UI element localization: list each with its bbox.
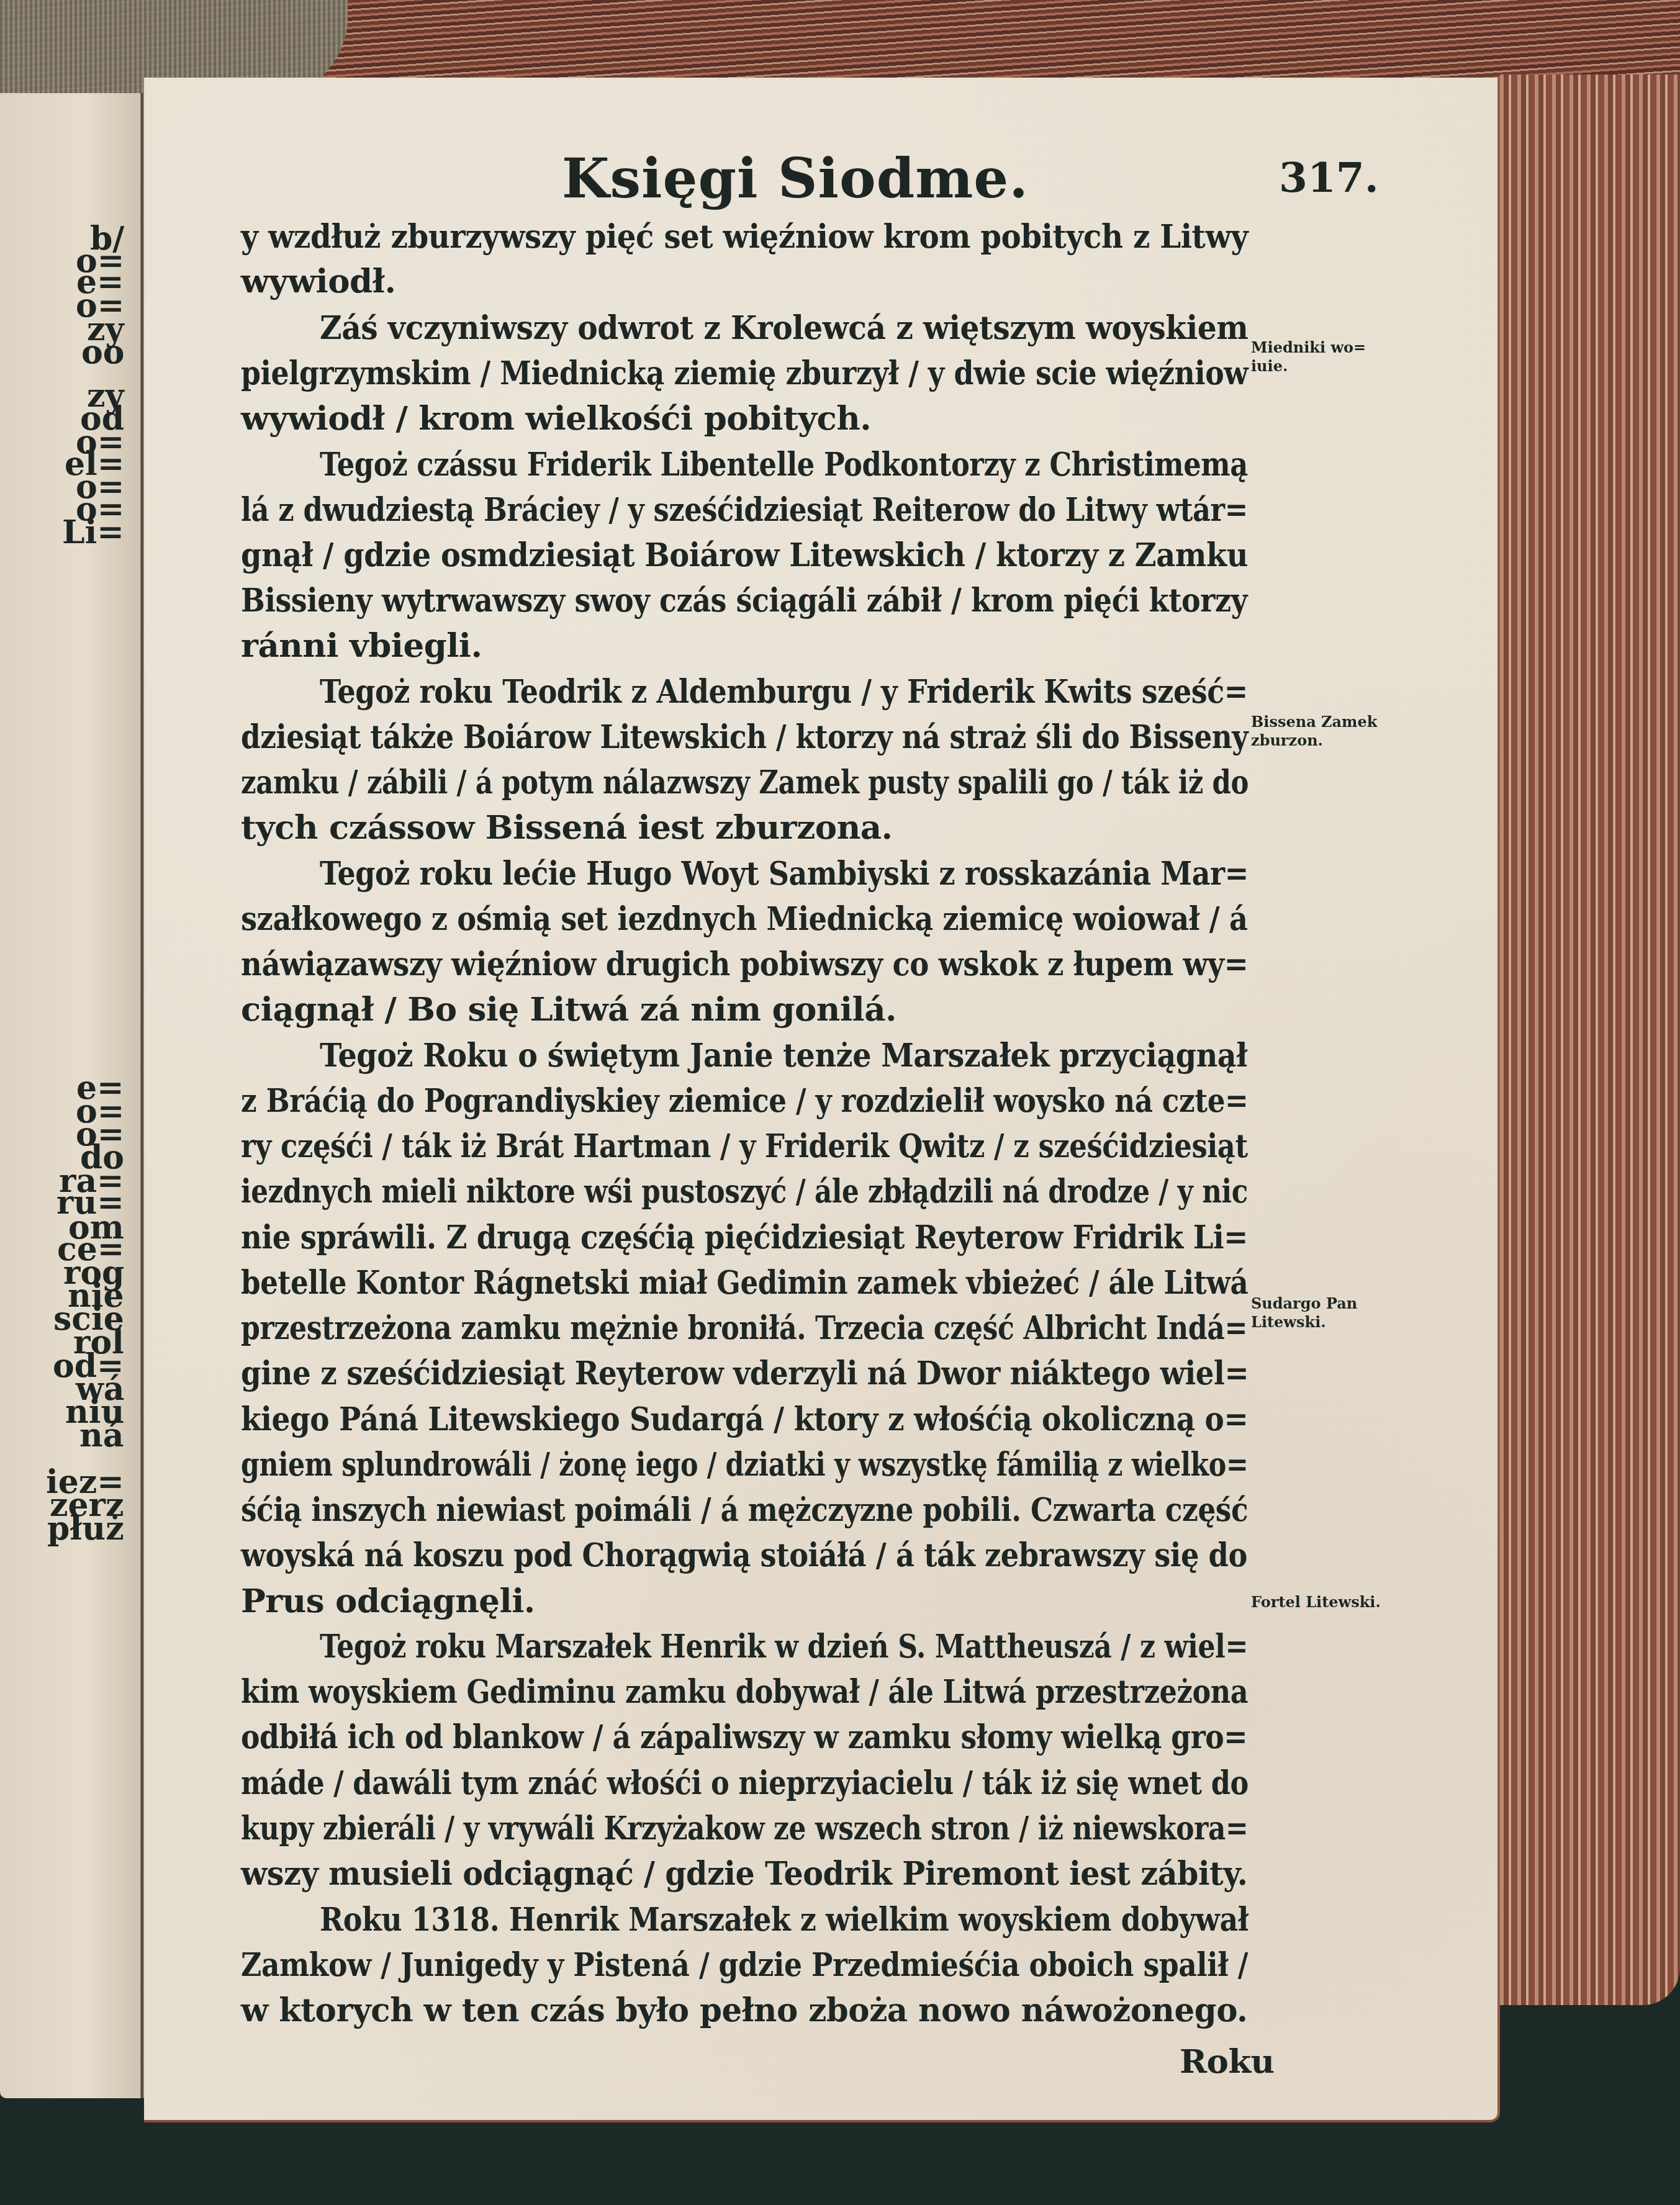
text-line: wywiodł. xyxy=(241,262,395,300)
left-page-fragment: oo xyxy=(81,333,124,371)
margin-note-line: Sudargo Pan xyxy=(1251,1294,1357,1313)
text-line: betelle Kontor Rágnetski miał Gedimin za… xyxy=(241,1263,1248,1302)
text-line: Tegoż roku Teodrik z Aldemburgu / y Frid… xyxy=(320,672,1248,711)
text-line: śćią inszych niewiast poimáli / á mężczy… xyxy=(241,1490,1248,1529)
text-line: Tegoż czássu Friderik Libentelle Podkont… xyxy=(320,445,1248,484)
text-line: Bissieny wytrwawszy swoy czás ściągáli z… xyxy=(241,581,1247,620)
margin-note-line: iuie. xyxy=(1251,357,1366,376)
text-line: kupy zbieráli / y vrywáli Krzyżakow ze w… xyxy=(241,1809,1248,1847)
text-line: ry częśći / ták iż Brát Hartman / y Frid… xyxy=(241,1127,1248,1165)
text-line: wszy musieli odciągnąć / gdzie Teodrik P… xyxy=(241,1854,1247,1893)
margin-note: Bissena Zamek zburzon. xyxy=(1251,713,1377,750)
text-line: przestrzeżona zamku mężnie broniłá. Trze… xyxy=(241,1309,1247,1347)
margin-note-line: Bissena Zamek xyxy=(1251,713,1377,731)
text-line: gine z sześćidziesiąt Reyterow vderzyli … xyxy=(241,1354,1249,1392)
margin-note-line: Litewski. xyxy=(1251,1313,1357,1332)
margin-note: Miedniki wo= iuie. xyxy=(1251,338,1366,376)
text-line: náwiązawszy więźniow drugich pobiwszy co… xyxy=(241,945,1248,983)
left-page-fragment: Li= xyxy=(62,513,124,551)
text-line: wywiodł / krom wielkośći pobitych. xyxy=(241,399,871,438)
text-line: Prus odciągnęli. xyxy=(241,1582,535,1620)
text-line: máde / dawáli tym znáć włośći o nieprzyi… xyxy=(241,1764,1249,1802)
text-line: lá z dwudziestą Bráciey / y sześćidziesi… xyxy=(241,490,1248,529)
left-page-fragment: ná xyxy=(79,1417,124,1454)
text-line: iezdnych mieli niktore wśi pustoszyć / á… xyxy=(241,1172,1248,1211)
margin-note: Sudargo Pan Litewski. xyxy=(1251,1294,1357,1332)
text-line: Záś vczyniwszy odwrot z Krolewcá z więts… xyxy=(320,309,1248,347)
text-line: ránni vbiegli. xyxy=(241,626,482,665)
text-line: dziesiąt tákże Boiárow Litewskich / ktor… xyxy=(241,718,1248,756)
text-line: odbiłá ich od blankow / á zápaliwszy w z… xyxy=(241,1718,1247,1756)
text-line: kiego Páná Litewskiego Sudargá / ktory z… xyxy=(241,1400,1248,1438)
margin-note-line: Miedniki wo= xyxy=(1251,338,1366,357)
text-line: ciągnął / Bo się Litwá zá nim gonilá. xyxy=(241,990,896,1029)
text-line: nie spráwili. Z drugą częśćią pięćidzies… xyxy=(241,1218,1248,1256)
left-page-fragment: płuż xyxy=(47,1510,124,1548)
text-line: Roku 1318. Henrik Marszałek z wielkim wo… xyxy=(320,1900,1249,1939)
text-line: gniem splundrowáli / żonę iego / dziatki… xyxy=(241,1445,1248,1484)
text-line: gnął / gdzie osmdziesiąt Boiárow Litewsk… xyxy=(241,536,1248,574)
text-line: zamku / zábili / á potym nálazwszy Zamek… xyxy=(241,763,1249,801)
text-line: Zamkow / Junigedy y Pistená / gdzie Prze… xyxy=(241,1946,1248,1984)
running-head: Księgi Siodme. 317. xyxy=(0,146,1680,220)
text-line: szałkowego z ośmią set iezdnych Miednick… xyxy=(241,900,1247,938)
text-line: Tegoż roku lećie Hugo Woyt Sambiyski z r… xyxy=(320,854,1249,893)
page-number: 317. xyxy=(1279,153,1379,202)
text-line: z Bráćią do Pograndiyskiey ziemice / y r… xyxy=(241,1081,1248,1120)
text-line: tych czássow Bissená iest zburzona. xyxy=(241,808,893,847)
text-line: kim woyskiem Gediminu zamku dobywał / ál… xyxy=(241,1672,1248,1711)
margin-note-line: zburzon. xyxy=(1251,731,1377,750)
book-gutter xyxy=(140,93,144,2098)
text-line: Tegoż roku Marszałek Henrik w dzień S. M… xyxy=(320,1627,1248,1666)
margin-note-line: Fortel Litewski. xyxy=(1251,1593,1381,1612)
fore-edge-stack xyxy=(1500,74,1680,2005)
text-line: y wzdłuż zburzywszy pięć set więźniow kr… xyxy=(241,217,1248,256)
text-line: Tegoż Roku o świętym Janie tenże Marszał… xyxy=(320,1036,1247,1075)
running-title: Księgi Siodme. xyxy=(562,146,1029,210)
text-line: pielgrzymskim / Miednicką ziemię zburzył… xyxy=(241,354,1248,392)
catchword: Roku xyxy=(1180,2042,1275,2081)
text-line: woyská ná koszu pod Chorągwią stoiáłá / … xyxy=(241,1536,1247,1574)
text-line: w ktorych w ten czás było pełno zboża no… xyxy=(241,1991,1247,2029)
margin-note: Fortel Litewski. xyxy=(1251,1593,1381,1612)
